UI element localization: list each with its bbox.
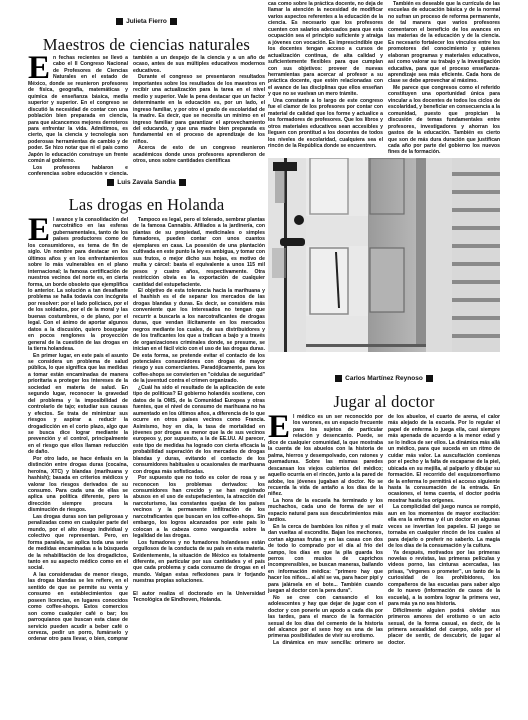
article-doctor-column-2: de los abuelos, el cuarto de arena, el c…	[388, 414, 500, 644]
article-maestros-column-2: también a un despejo de la ciencia y a u…	[133, 55, 265, 175]
drop-cap: E	[268, 415, 290, 437]
article-maestros-column-1: E n fechas recientes se llevó a cabo el …	[28, 55, 128, 175]
article-title-maestros: Maestros de ciencias naturales	[28, 36, 265, 54]
paragraph: Ya después, motivados por las primeras n…	[388, 550, 500, 608]
article-drogas-column-1: E l avance y la consolidación del narcot…	[28, 217, 128, 642]
article-maestros-column-4: También es deseable que la currícula de …	[388, 1, 500, 153]
paragraph: La hora de la escuela ha terminado y los…	[268, 498, 383, 524]
paragraph: La complicidad del juego nunca se rompió…	[388, 504, 500, 549]
paragraph: Difícilmente alguien podrá olvidar sus p…	[388, 608, 500, 644]
drop-cap: E	[28, 56, 50, 78]
byline-square-icon	[170, 18, 177, 25]
byline-square-icon	[179, 179, 186, 186]
paragraph: A las consideradas de menor riesgo, las …	[28, 572, 128, 642]
paragraph: de los abuelos, el cuarto de arena, el c…	[388, 414, 500, 504]
byline-author: Luis Zavala Sandia	[117, 179, 176, 186]
paragraph: La dinámica en muy sencilla; primero se …	[268, 640, 383, 644]
article-title-doctor: Jugar al doctor	[268, 393, 500, 411]
paragraph: Los fumadores y no fumadores holandeses …	[133, 540, 265, 585]
paragraph: Durante el congreso se presentaron resul…	[133, 74, 265, 145]
byline-maestros: Julieta Fierro	[28, 18, 265, 25]
paragraph: El objetivo de esta tolerancia hacia la …	[133, 288, 265, 385]
byline-square-icon	[335, 375, 342, 382]
paragraph: Las drogas duras son tan peligrosas y pe…	[28, 514, 128, 572]
article-title-drogas: Las drogas en Holanda	[28, 196, 265, 214]
article-maestros-column-3: cas como sobre la práctica docente, no d…	[268, 1, 383, 153]
paragraph: Me parece que congresos como el referido…	[388, 85, 500, 153]
paragraph: Por otro lado, se hace énfasis en la dis…	[28, 456, 128, 514]
paragraph: En la cerca de bambúes los niños y el ma…	[268, 524, 383, 595]
byline-square-icon	[426, 375, 433, 382]
article-doctor-column-1: E l médico es un ser reconocido por los …	[268, 414, 383, 644]
paragraph: ¿Cuál ha sido el resultado de la aplicac…	[133, 385, 265, 475]
paragraph: Una constante a lo largo de este congres…	[268, 98, 383, 150]
byline-author: Julieta Fierro	[126, 18, 167, 25]
paragraph: Acerca de esto de un congreso reunieron …	[133, 145, 265, 164]
drop-cap: E	[28, 218, 50, 240]
paragraph: Tampoco es legal, pero el tolerado, semb…	[133, 217, 265, 288]
paragraph: En primer lugar, en este país el asunto …	[28, 353, 128, 456]
paragraph: Por supuesto que no todo es color de ros…	[133, 475, 265, 540]
byline-square-icon	[116, 18, 123, 25]
paragraph: también a un despejo de la ciencia y a u…	[133, 55, 265, 74]
paragraph: No se cree con cansancio el los adolesce…	[268, 595, 383, 640]
door-photo	[268, 158, 500, 352]
byline-drogas: Luis Zavala Sandia	[28, 179, 265, 186]
author-note: El autor realiza el doctorado en la Univ…	[133, 591, 265, 604]
paragraph: También es deseable que la currícula de …	[388, 1, 500, 85]
door-photo-image	[268, 158, 500, 352]
paragraph: cas como sobre la práctica docente, no d…	[268, 1, 383, 98]
byline-doctor: Carlos Martínez Reynoso	[268, 375, 500, 382]
article-drogas-column-2: Tampoco es legal, pero el tolerado, semb…	[133, 217, 265, 642]
paragraph: Los profesores hablaron e conferencias s…	[28, 165, 128, 175]
byline-author: Carlos Martínez Reynoso	[345, 375, 423, 382]
byline-square-icon	[107, 179, 114, 186]
